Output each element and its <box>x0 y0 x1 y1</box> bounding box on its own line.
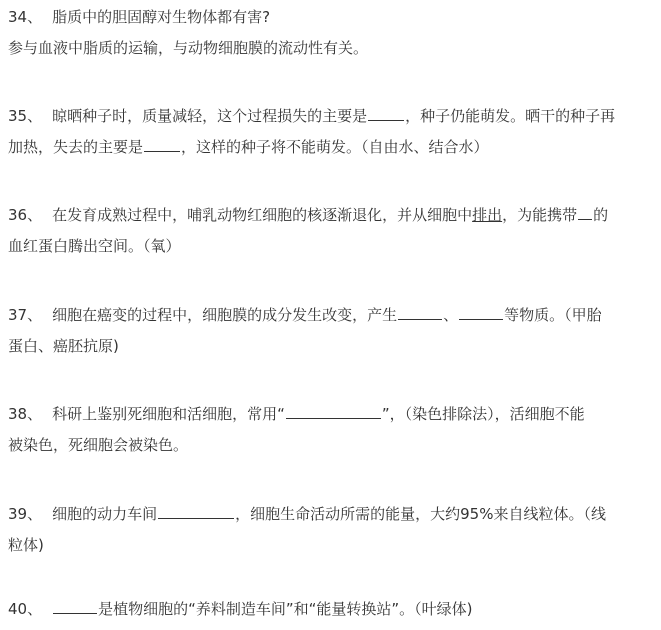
underlined-text: 排出 <box>472 206 502 224</box>
question-line: 38、科研上鉴别死细胞和活细胞，常用“”，（染色排除法），活细胞不能 <box>8 399 656 430</box>
question-line: 被染色，死细胞会被染色。 <box>8 430 656 461</box>
question-line: 35、晾晒种子时，质量减轻，这个过程损失的主要是，种子仍能萌发。晒干的种子再 <box>8 101 656 132</box>
fill-blank <box>158 504 234 519</box>
question-line: 39、细胞的动力车间，细胞生命活动所需的能量，大约95%来自线粒体。（线 <box>8 499 656 530</box>
question-line: 蛋白、癌胚抗原) <box>8 331 656 362</box>
question-line: 40、是植物细胞的“养料制造车间”和“能量转换站”。（叶绿体) <box>8 594 656 625</box>
question-text: 是植物细胞的“养料制造车间”和“能量转换站”。（叶绿体) <box>98 600 472 618</box>
question-line: 36、在发育成熟过程中，哺乳动物红细胞的核逐渐退化，并从细胞中排出，为能携带的 <box>8 200 656 231</box>
question-text: 晾晒种子时，质量减轻，这个过程损失的主要是 <box>52 107 367 125</box>
question-text: 粒体) <box>8 536 44 554</box>
question-line: 粒体) <box>8 530 656 561</box>
question-40: 40、是植物细胞的“养料制造车间”和“能量转换站”。（叶绿体) <box>8 594 656 625</box>
fill-blank <box>368 106 404 121</box>
question-line: 加热，失去的主要是，这样的种子将不能萌发。（自由水、结合水） <box>8 132 656 163</box>
question-text: 血红蛋白腾出空间。（氧） <box>8 237 181 255</box>
question-35: 35、晾晒种子时，质量减轻，这个过程损失的主要是，种子仍能萌发。晒干的种子再 加… <box>8 101 656 163</box>
question-line: 血红蛋白腾出空间。（氧） <box>8 231 656 262</box>
question-text: 被染色，死细胞会被染色。 <box>8 436 188 454</box>
question-34: 34、脂质中的胆固醇对生物体都有害? 参与血液中脂质的运输，与动物细胞膜的流动性… <box>8 2 656 64</box>
question-number: 36、 <box>8 206 42 224</box>
question-36: 36、在发育成熟过程中，哺乳动物红细胞的核逐渐退化，并从细胞中排出，为能携带的 … <box>8 200 656 262</box>
question-text: 细胞在癌变的过程中，细胞膜的成分发生改变，产生 <box>52 306 397 324</box>
answer-text: 参与血液中脂质的运输，与动物细胞膜的流动性有关。 <box>8 39 368 57</box>
question-text: 细胞的动力车间 <box>52 505 157 523</box>
question-text: 蛋白、癌胚抗原) <box>8 337 119 355</box>
question-38: 38、科研上鉴别死细胞和活细胞，常用“”，（染色排除法），活细胞不能 被染色，死… <box>8 399 656 461</box>
question-number: 39、 <box>8 505 42 523</box>
question-39: 39、细胞的动力车间，细胞生命活动所需的能量，大约95%来自线粒体。（线 粒体) <box>8 499 656 561</box>
question-number: 40、 <box>8 600 42 618</box>
question-text: 脂质中的胆固醇对生物体都有害? <box>52 8 270 26</box>
question-text: ”，（染色排除法），活细胞不能 <box>382 405 585 423</box>
fill-blank <box>578 205 592 220</box>
question-text: 的 <box>593 206 608 224</box>
fill-blank <box>144 137 180 152</box>
question-text: ，这样的种子将不能萌发。（自由水、结合水） <box>181 138 489 156</box>
question-text: 在发育成熟过程中，哺乳动物红细胞的核逐渐退化，并从细胞中 <box>52 206 472 224</box>
fill-blank <box>459 305 503 320</box>
question-text: 、 <box>443 306 458 324</box>
question-text: 科研上鉴别死细胞和活细胞，常用“ <box>52 405 285 423</box>
fill-blank <box>53 599 97 614</box>
question-number: 34、 <box>8 8 42 26</box>
question-line: 37、细胞在癌变的过程中，细胞膜的成分发生改变，产生、等物质。（甲胎 <box>8 300 656 331</box>
fill-blank <box>398 305 442 320</box>
question-number: 38、 <box>8 405 42 423</box>
question-text: ，种子仍能萌发。晒干的种子再 <box>405 107 615 125</box>
question-37: 37、细胞在癌变的过程中，细胞膜的成分发生改变，产生、等物质。（甲胎 蛋白、癌胚… <box>8 300 656 362</box>
question-number: 37、 <box>8 306 42 324</box>
question-text: ，细胞生命活动所需的能量，大约95%来自线粒体。（线 <box>235 505 606 523</box>
answer-line: 参与血液中脂质的运输，与动物细胞膜的流动性有关。 <box>8 33 656 64</box>
question-text: 加热，失去的主要是 <box>8 138 143 156</box>
question-text: ，为能携带 <box>502 206 577 224</box>
question-number: 35、 <box>8 107 42 125</box>
question-text: 等物质。（甲胎 <box>504 306 602 324</box>
fill-blank <box>286 404 381 419</box>
question-line: 34、脂质中的胆固醇对生物体都有害? <box>8 2 656 33</box>
